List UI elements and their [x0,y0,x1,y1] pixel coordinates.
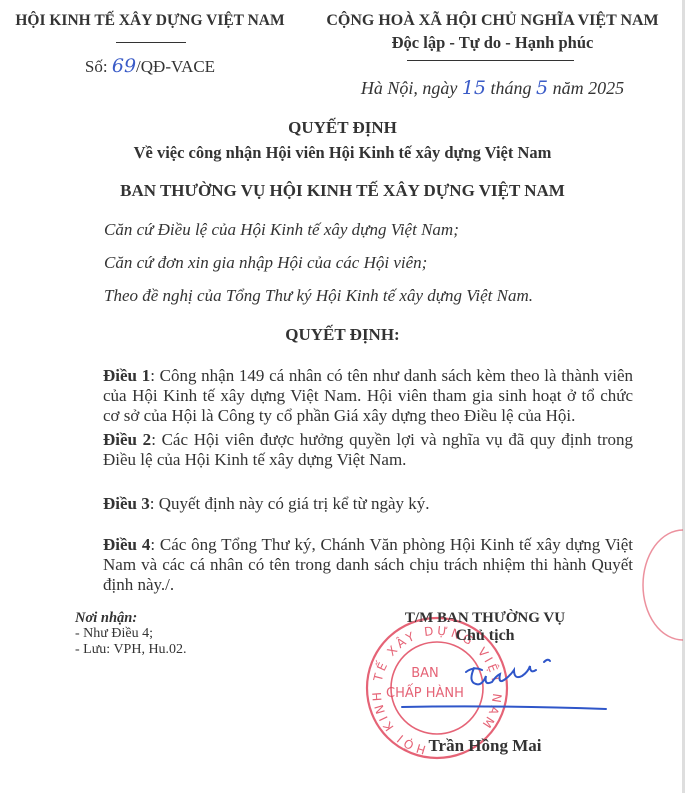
stamp-text: BAN [411,666,439,681]
partial-stamp-icon [643,530,683,640]
stamp-and-signature: HỘI KINH TẾ XÂY DỰNG VIỆT NAM BAN CHẤP H… [0,0,685,793]
signature-on-behalf: T/M BAN THƯỜNG VỤ [370,610,600,627]
signer-name: Trần Hồng Mai [370,736,600,756]
signature-role: Chủ tịch [370,627,600,645]
stamp-text: CHẤP HÀNH [386,684,464,701]
